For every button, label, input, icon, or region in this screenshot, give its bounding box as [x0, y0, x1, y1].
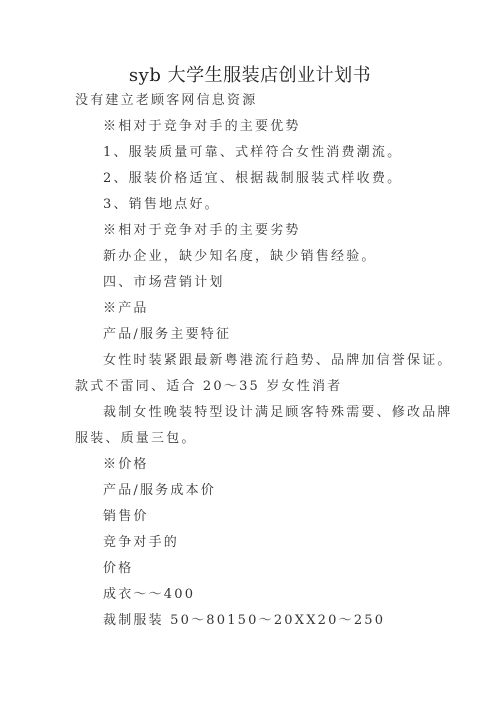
list-item: 1、服装质量可靠、式样符合女性消费潮流。 [103, 144, 402, 162]
text-line: 价格 [103, 560, 133, 578]
text-line: 竞争对手的 [103, 534, 179, 552]
text-line: 裁制女性晚装特型设计满足顾客特殊需要、修改品牌 [103, 404, 453, 422]
text-line: 裁制服装 50～80150～20XX20～250 [103, 612, 385, 630]
section-heading-disadvantages: ※相对于竞争对手的主要劣势 [103, 222, 301, 240]
text-line: 新办企业，缺少知名度，缺少销售经验。 [103, 248, 377, 266]
list-item: 2、服装价格适宜、根据裁制服装式样收费。 [103, 170, 402, 188]
section-heading-marketing-plan: 四、市场营销计划 [103, 274, 225, 292]
section-heading-price: ※价格 [103, 456, 149, 474]
text-line: 服装、质量三包。 [75, 430, 197, 448]
text-line: 产品/服务主要特征 [103, 326, 231, 344]
text-line: 产品/服务成本价 [103, 482, 216, 500]
section-heading-product: ※产品 [103, 300, 149, 318]
section-heading-advantages: ※相对于竞争对手的主要优势 [103, 118, 301, 136]
text-line: 销售价 [103, 508, 149, 526]
document-title: syb 大学生服装店创业计划书 [0, 64, 500, 88]
document-page: syb 大学生服装店创业计划书 没有建立老顾客网信息资源 ※相对于竞争对手的主要… [0, 0, 500, 708]
list-item: 3、销售地点好。 [103, 196, 220, 214]
text-line: 款式不雷同、适合 20～35 岁女性消者 [75, 378, 342, 396]
text-line: 女性时装紧跟最新粤港流行趋势、品牌加信誉保证。 [103, 352, 453, 370]
text-line: 没有建立老顾客网信息资源 [75, 92, 257, 110]
text-line: 成衣～～400 [103, 586, 195, 604]
